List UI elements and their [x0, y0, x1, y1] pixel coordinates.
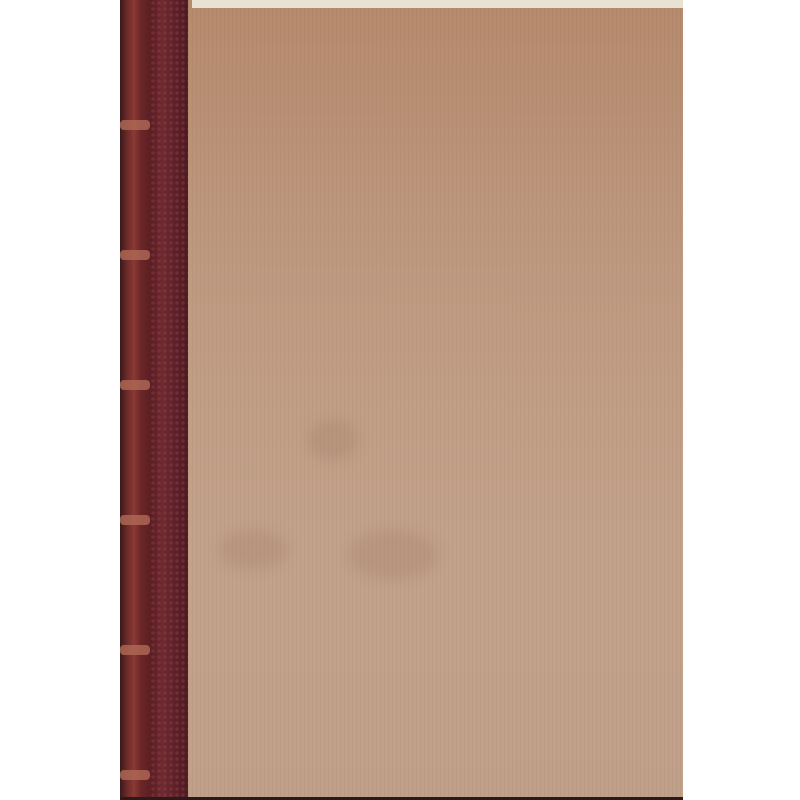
spine-band — [120, 645, 150, 655]
stain — [308, 420, 358, 460]
spine-band — [120, 380, 150, 390]
spine-band — [120, 515, 150, 525]
spine-band — [120, 250, 150, 260]
book — [120, 0, 683, 798]
stain — [218, 530, 288, 570]
spine-texture — [150, 0, 188, 798]
photo-scene — [0, 0, 800, 800]
spine-band — [120, 120, 150, 130]
book-spine — [120, 0, 190, 798]
page-edge — [192, 0, 683, 8]
book-cover — [188, 0, 683, 798]
spine-band — [120, 770, 150, 780]
stain — [348, 530, 438, 580]
